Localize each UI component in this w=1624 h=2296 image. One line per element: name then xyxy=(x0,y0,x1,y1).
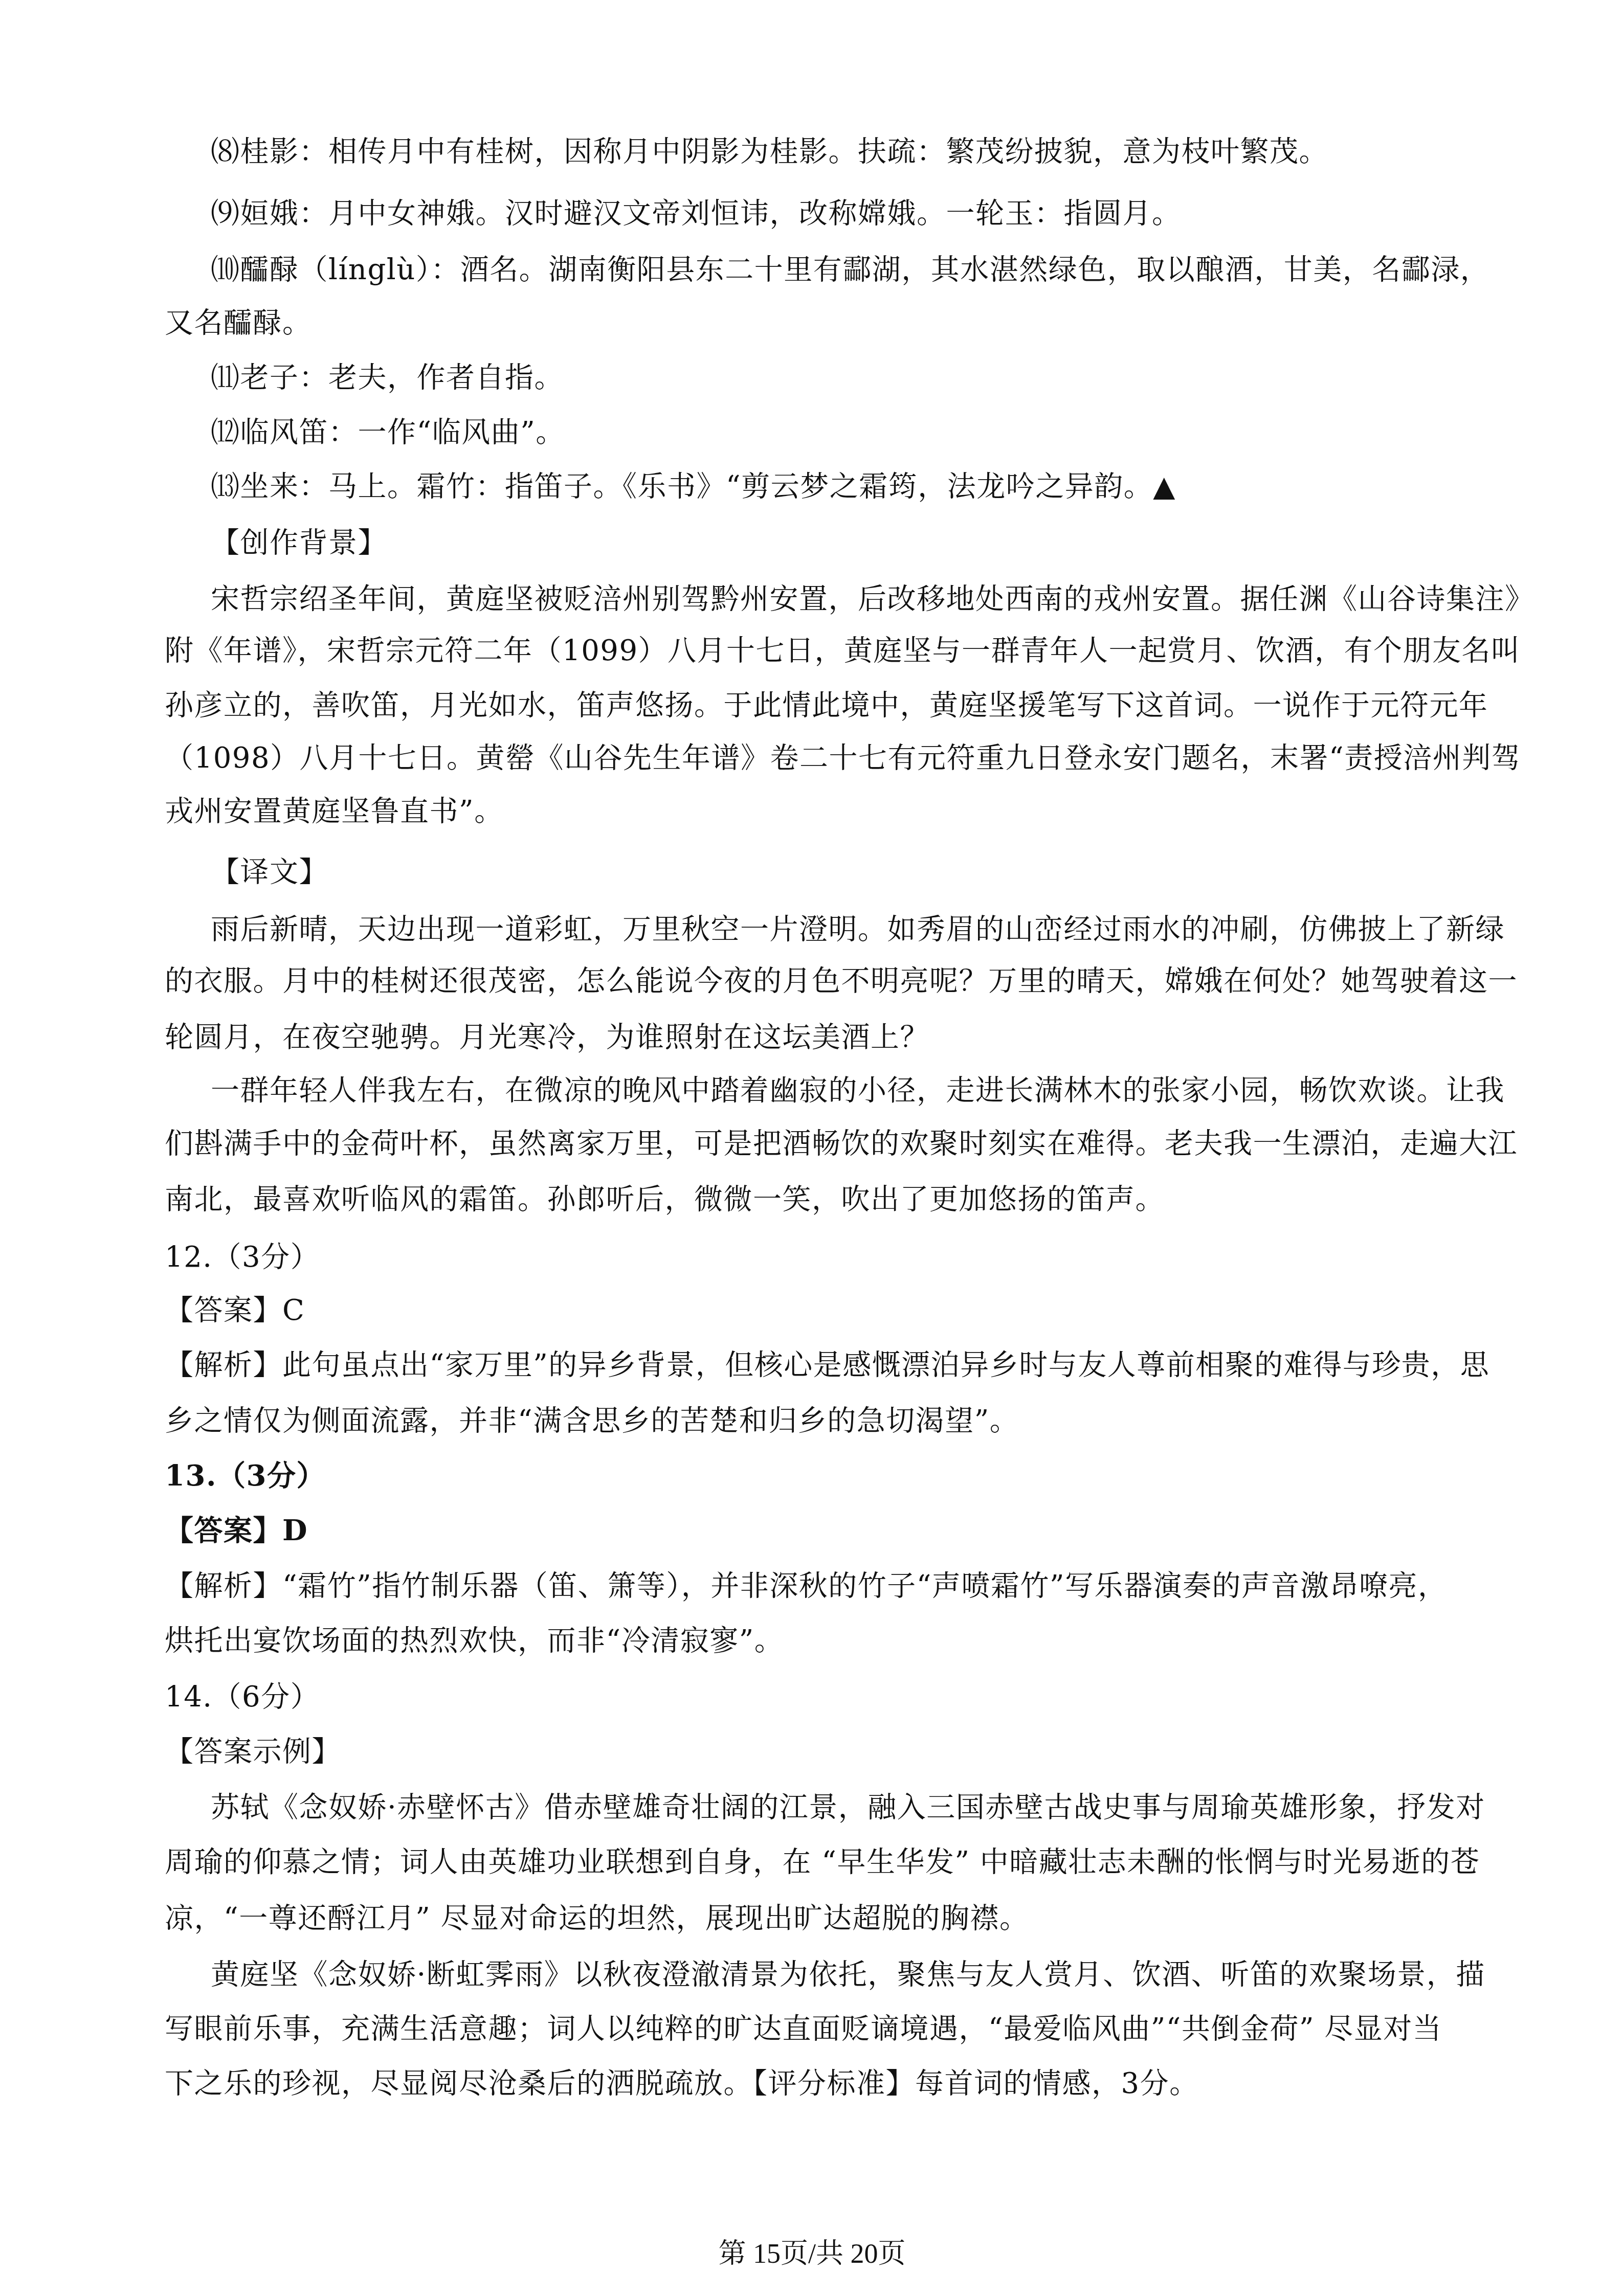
page-number: 第 15页/共 20页 xyxy=(0,2236,1624,2271)
question-12-answer: 【答案】C xyxy=(165,1293,305,1329)
question-14-answer-line: 凉，“一尊还酹江月” 尽显对命运的坦然，展现出旷达超脱的胸襟。 xyxy=(165,1901,1029,1937)
question-14-answer-line: 苏轼《念奴娇·赤壁怀古》借赤壁雄奇壮阔的江景，融入三国赤壁古战史事与周瑜英雄形象… xyxy=(211,1790,1485,1826)
translation-line: 南北，最喜欢听临风的霜笛。孙郎听后，微微一笑，吹出了更加悠扬的笛声。 xyxy=(165,1182,1165,1218)
note-11: ⑾老子：老夫，作者自指。 xyxy=(211,360,564,396)
background-line: 宋哲宗绍圣年间，黄庭坚被贬涪州别驾黔州安置，后改移地处西南的戎州安置。据任渊《山… xyxy=(211,581,1534,617)
note-8: ⑻桂影：相传月中有桂树，因称月中阴影为桂影。扶疏：繁茂纷披貌，意为枝叶繁茂。 xyxy=(211,134,1328,170)
background-line: 孙彦立的，善吹笛，月光如水，笛声悠扬。于此情此境中，黄庭坚援笔写下这首词。一说作… xyxy=(165,688,1488,724)
question-13-analysis: 烘托出宴饮场面的热烈欢快，而非“冷清寂寥”。 xyxy=(165,1623,784,1659)
note-10-cont: 又名醽醁。 xyxy=(165,305,312,341)
question-12-analysis: 【解析】此句虽点出“家万里”的异乡背景，但核心是感慨漂泊异乡时与友人尊前相聚的难… xyxy=(165,1347,1489,1383)
translation-line: 们斟满手中的金荷叶杯，虽然离家万里，可是把酒畅饮的欢聚时刻实在难得。老夫我一生漂… xyxy=(165,1126,1518,1162)
note-12: ⑿临风笛：一作“临风曲”。 xyxy=(211,415,565,451)
note-9: ⑼姮娥：月中女神娥。汉时避汉文帝刘恒讳，改称嫦娥。一轮玉：指圆月。 xyxy=(211,196,1182,232)
question-14-answer-line: 周瑜的仰慕之情；词人由英雄功业联想到自身，在 “早生华发” 中暗藏壮志未酬的怅惘… xyxy=(165,1844,1480,1880)
translation-line: 轮圆月，在夜空驰骋。月光寒冷，为谁照射在这坛美酒上？ xyxy=(165,1020,929,1055)
question-14-title: 14.（6分） xyxy=(165,1679,320,1715)
background-line: （1098）八月十七日。黄罃《山谷先生年谱》卷二十七有元符重九日登永安门题名，末… xyxy=(165,740,1521,776)
background-heading: 【创作背景】 xyxy=(211,525,387,561)
translation-line: 一群年轻人伴我左右，在微凉的晚风中踏着幽寂的小径，走进长满林木的张家小园，畅饮欢… xyxy=(211,1073,1505,1109)
translation-line: 雨后新晴，天边出现一道彩虹，万里秋空一片澄明。如秀眉的山峦经过雨水的冲刷，仿佛披… xyxy=(211,912,1505,948)
note-13: ⒀坐来：马上。霜竹：指笛子。《乐书》“剪云梦之霜筠，法龙吟之异韵。▲ xyxy=(211,469,1176,505)
background-line: 附《年谱》，宋哲宗元符二年（1099）八月十七日，黄庭坚与一群青年人一起赏月、饮… xyxy=(165,633,1521,669)
question-12-analysis: 乡之情仅为侧面流露，并非“满含思乡的苦楚和归乡的急切渴望”。 xyxy=(165,1403,1019,1439)
question-14-answer-heading: 【答案示例】 xyxy=(165,1734,341,1770)
question-13-title: 13.（3分） xyxy=(165,1458,326,1494)
translation-heading: 【译文】 xyxy=(211,854,328,890)
question-12-title: 12.（3分） xyxy=(165,1240,320,1275)
question-13-answer: 【答案】D xyxy=(165,1513,308,1548)
translation-line: 的衣服。月中的桂树还很茂密，怎么能说今夜的月色不明亮呢？万里的晴天，嫦娥在何处？… xyxy=(165,963,1518,999)
background-line: 戎州安置黄庭坚鲁直书”。 xyxy=(165,794,504,829)
question-14-answer-line: 黄庭坚《念奴娇·断虹霁雨》以秋夜澄澈清景为依托，聚焦与友人赏月、饮酒、听笛的欢聚… xyxy=(211,1957,1485,1993)
question-14-answer-line: 写眼前乐事，充满生活意趣；词人以纯粹的旷达直面贬谪境遇，“最爱临风曲”“共倒金荷… xyxy=(165,2011,1442,2047)
question-14-answer-line: 下之乐的珍视，尽显阅尽沧桑后的洒脱疏放。【评分标准】每首词的情感，3分。 xyxy=(165,2066,1199,2102)
note-10: ⑽醽醁（línglù）：酒名。湖南衡阳县东二十里有酃湖，其水湛然绿色，取以酿酒，… xyxy=(211,252,1489,288)
question-13-analysis: 【解析】“霜竹”指竹制乐器（笛、箫等），并非深秋的竹子“声喷霜竹”写乐器演奏的声… xyxy=(165,1568,1448,1604)
